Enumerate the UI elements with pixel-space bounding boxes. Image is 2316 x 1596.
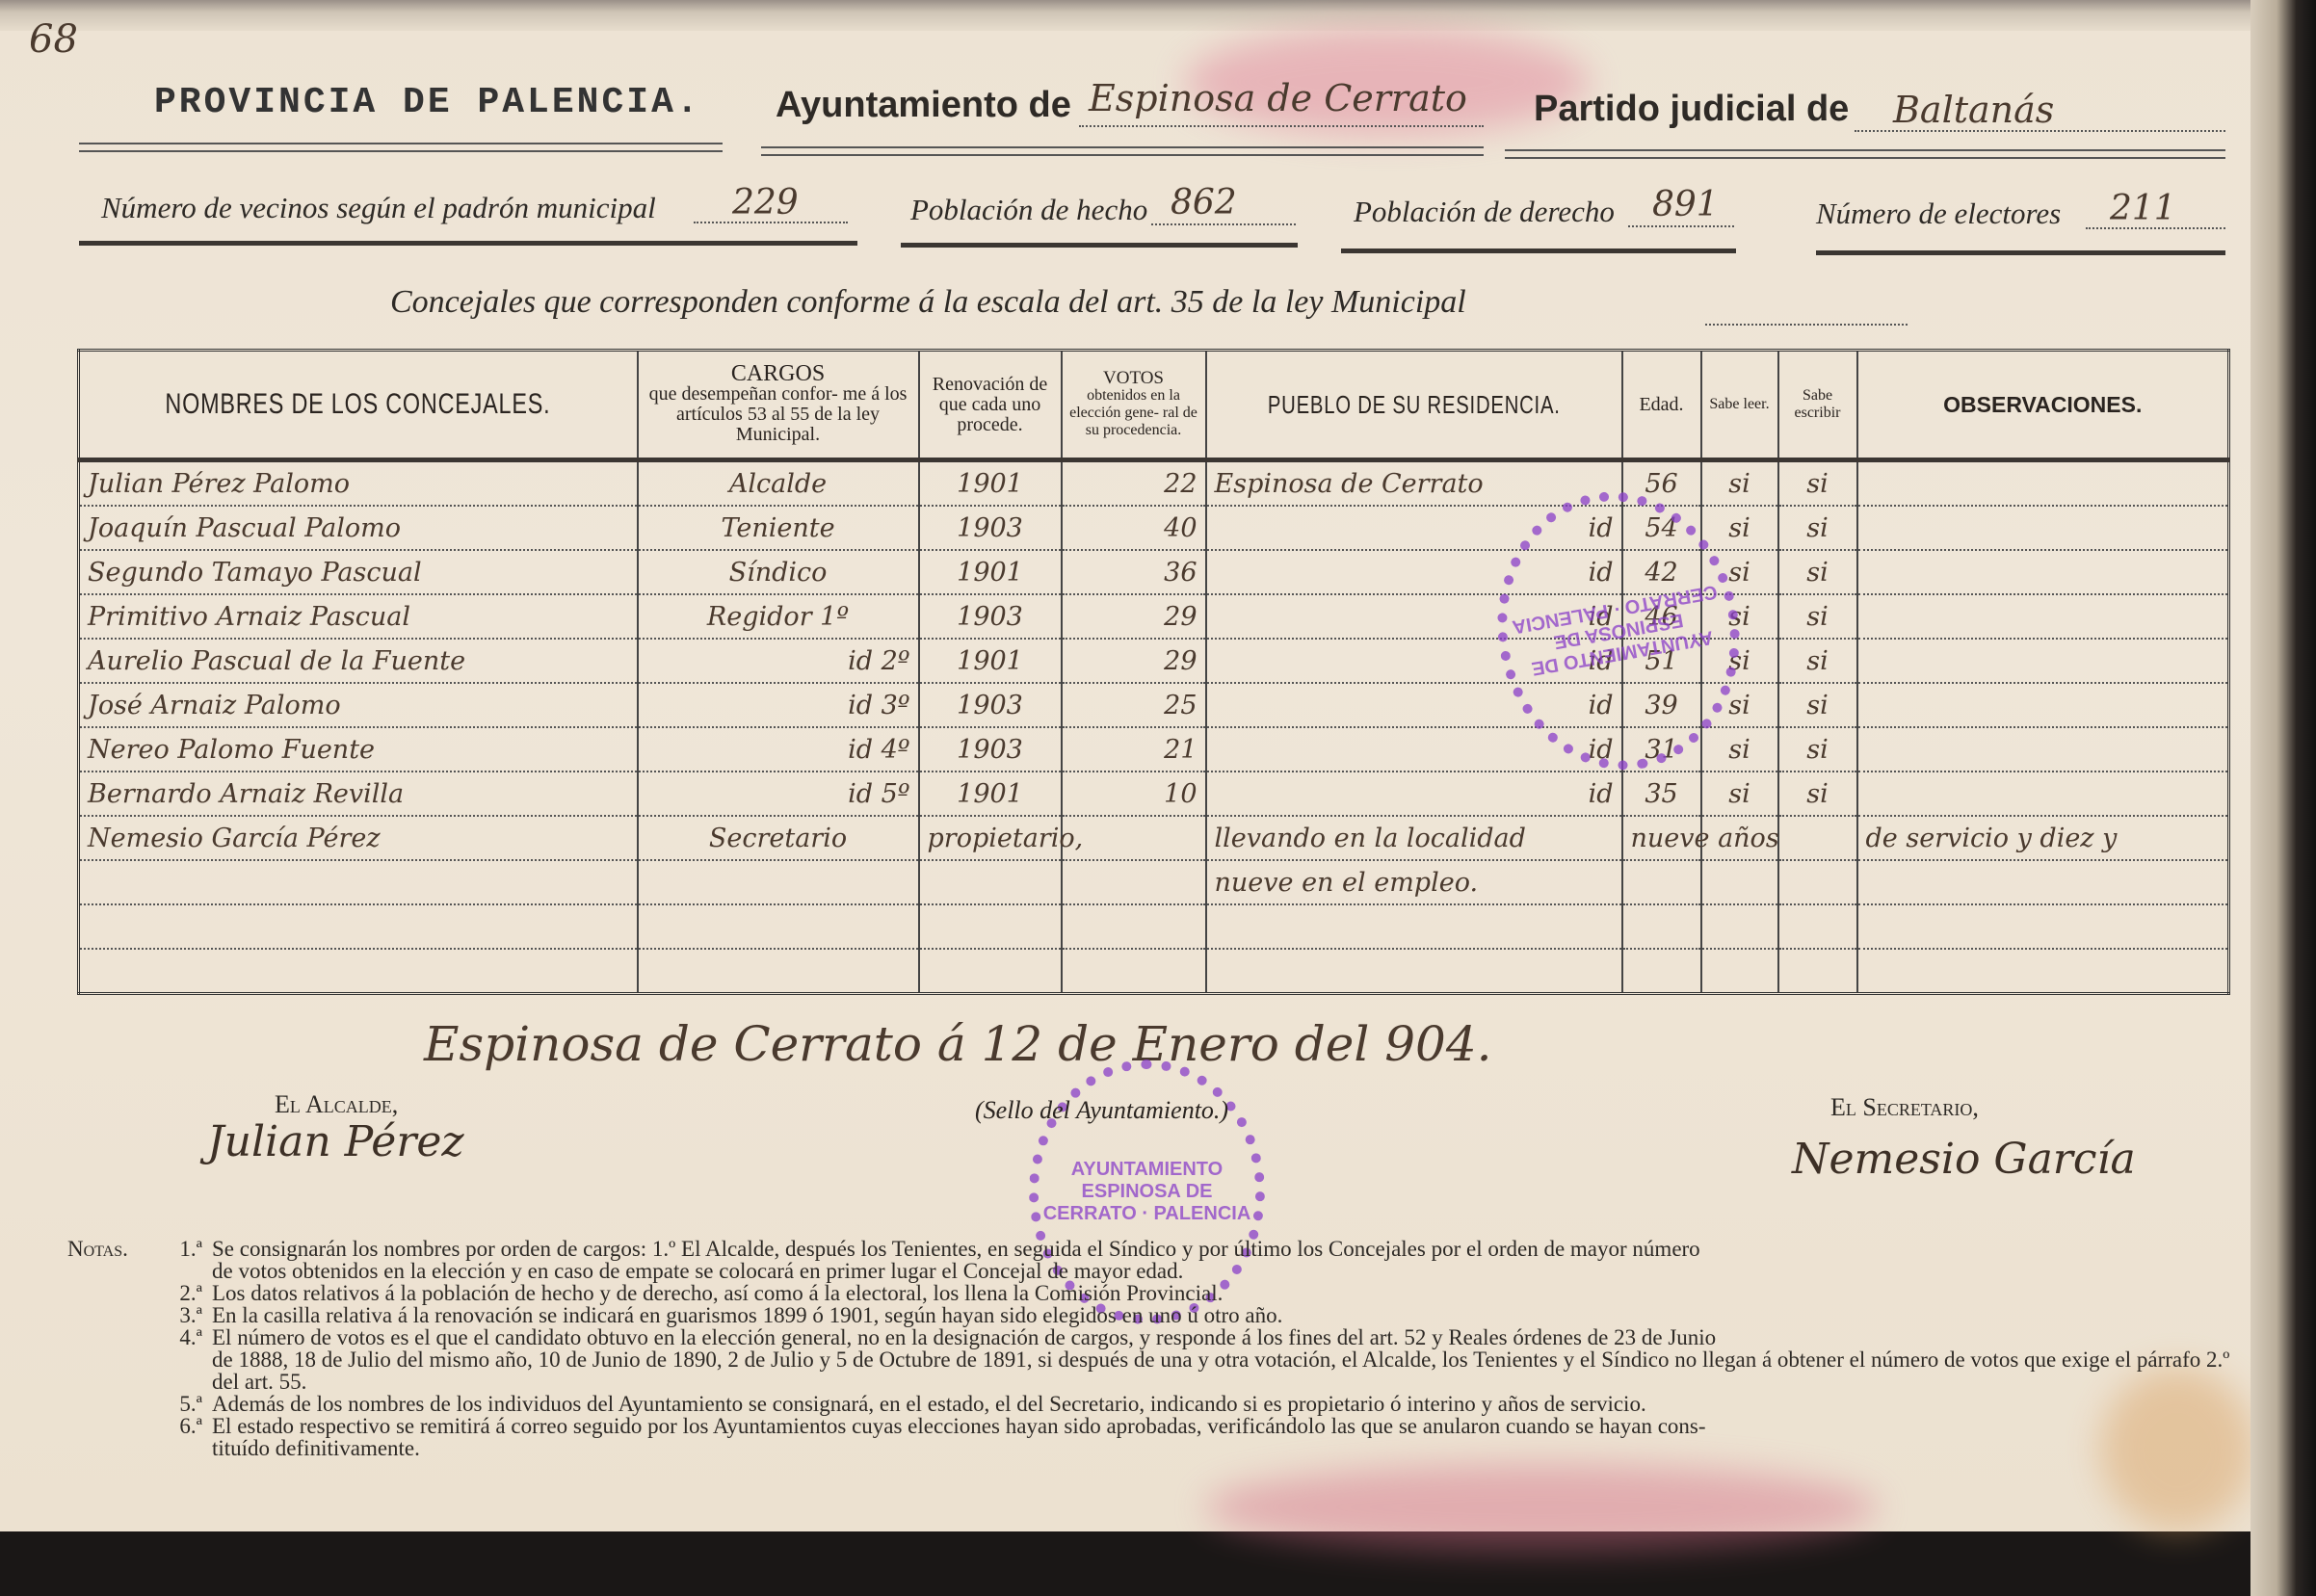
cell-pueblo: nueve en el empleo. xyxy=(1206,860,1622,904)
divider xyxy=(79,143,723,152)
table-row: Joaquín Pascual PalomoTeniente190340id54… xyxy=(79,506,2229,550)
table-row: Nemesio García PérezSecretariopropietari… xyxy=(79,816,2229,860)
table-row: José Arnaiz Palomoid 3º190325id39sisi xyxy=(79,683,2229,727)
cell-escribir: si xyxy=(1778,460,1857,507)
cell-nombre: José Arnaiz Palomo xyxy=(79,683,638,727)
cell-pueblo: id xyxy=(1206,772,1622,816)
notes-section: Notas.1.ªSe consignarán los nombres por … xyxy=(67,1238,2245,1459)
cell-renovacion: 1903 xyxy=(919,683,1062,727)
cell-cargo: id 5º xyxy=(638,772,919,816)
col-observaciones: OBSERVACIONES. xyxy=(1857,351,2229,460)
cell-edad xyxy=(1622,860,1701,904)
derecho-value: 891 xyxy=(1652,185,1719,224)
cell-leer: si xyxy=(1701,772,1778,816)
cell-nombre xyxy=(79,860,638,904)
cell-obs xyxy=(1857,639,2229,683)
folio-number: 68 xyxy=(29,17,78,62)
note-item: 2.ªLos datos relativos á la población de… xyxy=(67,1282,2245,1304)
cell-votos: 21 xyxy=(1062,727,1206,772)
cell-obs xyxy=(1857,550,2229,594)
cell-obs xyxy=(1857,904,2229,949)
cell-votos: 25 xyxy=(1062,683,1206,727)
col-cargos: CARGOSque desempeñan confor- me á los ar… xyxy=(638,351,919,460)
cell-cargo xyxy=(638,904,919,949)
col-sabe-leer: Sabe leer. xyxy=(1701,351,1778,460)
cell-nombre: Nemesio García Pérez xyxy=(79,816,638,860)
note-item: 4.ªEl número de votos es el que el candi… xyxy=(67,1326,2245,1348)
sello-label: (Sello del Ayuntamiento.) xyxy=(975,1096,1228,1125)
cell-pueblo: Espinosa de Cerrato xyxy=(1206,460,1622,507)
cell-nombre xyxy=(79,949,638,994)
note-text: Además de los nombres de los individuos … xyxy=(212,1393,2245,1415)
partido-value: Baltanás xyxy=(1893,89,2054,131)
table-row: Julian Pérez PalomoAlcalde190122Espinosa… xyxy=(79,460,2229,507)
cell-escribir xyxy=(1778,949,1857,994)
fill-line xyxy=(1079,125,1484,127)
table-row: Segundo Tamayo PascualSíndico190136id42s… xyxy=(79,550,2229,594)
divider xyxy=(901,243,1298,248)
note-text: En la casilla relativa á la renovación s… xyxy=(212,1304,2245,1326)
cell-nombre: Joaquín Pascual Palomo xyxy=(79,506,638,550)
cell-renovacion: 1903 xyxy=(919,594,1062,639)
col-pueblo: PUEBLO DE SU RESIDENCIA. xyxy=(1206,351,1622,460)
cell-votos: 29 xyxy=(1062,639,1206,683)
cell-cargo: id 3º xyxy=(638,683,919,727)
cell-votos xyxy=(1062,904,1206,949)
cell-obs xyxy=(1857,949,2229,994)
secretario-signature: Nemesio García xyxy=(1792,1135,2136,1184)
note-text: El número de votos es el que el candidat… xyxy=(212,1326,2245,1348)
col-votos: VOTOSobtenidos en la elección gene- ral … xyxy=(1062,351,1206,460)
note-text-cont: de votos obtenidos en la elección y en c… xyxy=(67,1260,2245,1282)
note-text: El estado respectivo se remitirá á corre… xyxy=(212,1415,2245,1437)
cell-nombre: Segundo Tamayo Pascual xyxy=(79,550,638,594)
cell-escribir: si xyxy=(1778,506,1857,550)
note-text: Se consignarán los nombres por orden de … xyxy=(212,1238,2245,1260)
secretario-label: El Secretario, xyxy=(1830,1093,1979,1122)
col-edad: Edad. xyxy=(1622,351,1701,460)
concejales-table: NOMBRES DE LOS CONCEJALES. CARGOSque des… xyxy=(77,349,2230,995)
electores-value: 211 xyxy=(2110,189,2176,228)
book-top-edge xyxy=(0,0,2259,31)
note-number: 1.ª xyxy=(154,1238,212,1260)
table-row: Primitivo Arnaiz PascualRegidor 1º190329… xyxy=(79,594,2229,639)
table-row xyxy=(79,904,2229,949)
table-title: Concejales que corresponden conforme á l… xyxy=(390,284,1466,321)
table-row: nueve en el empleo. xyxy=(79,860,2229,904)
note-item: 6.ªEl estado respectivo se remitirá á co… xyxy=(67,1415,2245,1437)
fill-line xyxy=(1705,324,1908,326)
cell-pueblo xyxy=(1206,904,1622,949)
note-number: 2.ª xyxy=(154,1282,212,1304)
col-sabe-escribir: Sabe escribir xyxy=(1778,351,1857,460)
table-row: Bernardo Arnaiz Revillaid 5º190110id35si… xyxy=(79,772,2229,816)
cell-escribir: si xyxy=(1778,683,1857,727)
cell-obs xyxy=(1857,860,2229,904)
cell-renovacion xyxy=(919,949,1062,994)
cell-renovacion: propietario, xyxy=(919,816,1062,860)
cell-leer: si xyxy=(1701,727,1778,772)
cell-escribir xyxy=(1778,860,1857,904)
cell-leer: si xyxy=(1701,460,1778,507)
cell-nombre: Aurelio Pascual de la Fuente xyxy=(79,639,638,683)
cell-nombre xyxy=(79,904,638,949)
hecho-value: 862 xyxy=(1171,183,1237,222)
cell-escribir: si xyxy=(1778,594,1857,639)
cell-obs xyxy=(1857,772,2229,816)
cell-renovacion: 1901 xyxy=(919,550,1062,594)
cell-votos xyxy=(1062,949,1206,994)
table-row: Aurelio Pascual de la Fuenteid 2º190129i… xyxy=(79,639,2229,683)
cell-obs xyxy=(1857,683,2229,727)
cell-cargo: Alcalde xyxy=(638,460,919,507)
cell-cargo xyxy=(638,949,919,994)
note-number: 3.ª xyxy=(154,1304,212,1326)
alcalde-label: El Alcalde, xyxy=(275,1090,398,1119)
cell-votos: 22 xyxy=(1062,460,1206,507)
notes-label: Notas. xyxy=(67,1238,154,1260)
note-number: 5.ª xyxy=(154,1393,212,1415)
divider xyxy=(1816,250,2225,255)
table-row: Nereo Palomo Fuenteid 4º190321id31sisi xyxy=(79,727,2229,772)
divider xyxy=(1505,149,2225,159)
table-header-row: NOMBRES DE LOS CONCEJALES. CARGOSque des… xyxy=(79,351,2229,460)
cell-cargo: id 2º xyxy=(638,639,919,683)
fill-line xyxy=(694,222,848,223)
ayuntamiento-label: Ayuntamiento de xyxy=(776,85,1071,126)
cell-nombre: Bernardo Arnaiz Revilla xyxy=(79,772,638,816)
cell-obs: de servicio y diez y xyxy=(1857,816,2229,860)
cell-leer: si xyxy=(1701,506,1778,550)
cell-pueblo: llevando en la localidad xyxy=(1206,816,1622,860)
cell-escribir: si xyxy=(1778,727,1857,772)
divider xyxy=(79,241,857,246)
document-page: 68 PROVINCIA DE PALENCIA. Ayuntamiento d… xyxy=(0,0,2259,1531)
cell-nombre: Primitivo Arnaiz Pascual xyxy=(79,594,638,639)
cell-obs xyxy=(1857,460,2229,507)
cell-votos: 40 xyxy=(1062,506,1206,550)
cell-escribir xyxy=(1778,816,1857,860)
cell-votos xyxy=(1062,816,1206,860)
cell-edad xyxy=(1622,904,1701,949)
fill-line xyxy=(2086,227,2225,229)
cell-edad xyxy=(1622,949,1701,994)
divider xyxy=(761,146,1484,156)
book-page-edge xyxy=(2250,0,2316,1596)
fill-line xyxy=(1855,130,2225,132)
cell-leer xyxy=(1701,949,1778,994)
cell-votos: 10 xyxy=(1062,772,1206,816)
fill-line xyxy=(1151,223,1296,225)
date-line: Espinosa de Cerrato á 12 de Enero del 90… xyxy=(424,1016,1492,1072)
vecinos-value: 229 xyxy=(732,183,799,222)
vecinos-label: Número de vecinos según el padrón munici… xyxy=(101,191,656,225)
note-text-cont: tituído definitivamente. xyxy=(67,1437,2245,1459)
note-item: 3.ªEn la casilla relativa á la renovació… xyxy=(67,1304,2245,1326)
col-nombres: NOMBRES DE LOS CONCEJALES. xyxy=(79,351,638,460)
alcalde-signature: Julian Pérez xyxy=(207,1117,464,1166)
cell-edad: 35 xyxy=(1622,772,1701,816)
derecho-label: Población de derecho xyxy=(1354,195,1615,229)
cell-renovacion: 1903 xyxy=(919,727,1062,772)
ayuntamiento-value: Espinosa de Cerrato xyxy=(1089,77,1467,119)
col-renovacion: Renovación de que cada uno procede. xyxy=(919,351,1062,460)
cell-cargo: id 4º xyxy=(638,727,919,772)
cell-votos: 36 xyxy=(1062,550,1206,594)
cell-leer xyxy=(1701,860,1778,904)
note-item: Notas.1.ªSe consignarán los nombres por … xyxy=(67,1238,2245,1260)
cell-obs xyxy=(1857,594,2229,639)
cell-votos xyxy=(1062,860,1206,904)
cell-edad: nueve años xyxy=(1622,816,1701,860)
note-text: Los datos relativos á la población de he… xyxy=(212,1282,2245,1304)
cell-renovacion: 1903 xyxy=(919,506,1062,550)
divider xyxy=(1341,249,1736,253)
cell-pueblo xyxy=(1206,949,1622,994)
note-item: 5.ªAdemás de los nombres de los individu… xyxy=(67,1393,2245,1415)
partido-label: Partido judicial de xyxy=(1534,89,1849,130)
cell-obs xyxy=(1857,506,2229,550)
cell-escribir xyxy=(1778,904,1857,949)
cell-escribir: si xyxy=(1778,772,1857,816)
note-number: 6.ª xyxy=(154,1415,212,1437)
stain-bottom xyxy=(1204,1464,1879,1551)
fill-line xyxy=(1628,225,1734,227)
cell-obs xyxy=(1857,727,2229,772)
cell-escribir: si xyxy=(1778,639,1857,683)
cell-renovacion: 1901 xyxy=(919,460,1062,507)
cell-cargo: Teniente xyxy=(638,506,919,550)
cell-renovacion xyxy=(919,904,1062,949)
note-text-cont: de 1888, 18 de Julio del mismo año, 10 d… xyxy=(67,1348,2245,1393)
cell-cargo: Regidor 1º xyxy=(638,594,919,639)
cell-nombre: Nereo Palomo Fuente xyxy=(79,727,638,772)
cell-escribir: si xyxy=(1778,550,1857,594)
note-number: 4.ª xyxy=(154,1326,212,1348)
cell-cargo xyxy=(638,860,919,904)
electores-label: Número de electores xyxy=(1816,196,2061,231)
cell-cargo: Síndico xyxy=(638,550,919,594)
hecho-label: Población de hecho xyxy=(910,193,1147,227)
cell-renovacion: 1901 xyxy=(919,772,1062,816)
cell-votos: 29 xyxy=(1062,594,1206,639)
table-row xyxy=(79,949,2229,994)
cell-nombre: Julian Pérez Palomo xyxy=(79,460,638,507)
province-title: PROVINCIA DE PALENCIA. xyxy=(154,82,701,123)
cell-renovacion: 1901 xyxy=(919,639,1062,683)
cell-renovacion xyxy=(919,860,1062,904)
cell-leer xyxy=(1701,904,1778,949)
cell-cargo: Secretario xyxy=(638,816,919,860)
